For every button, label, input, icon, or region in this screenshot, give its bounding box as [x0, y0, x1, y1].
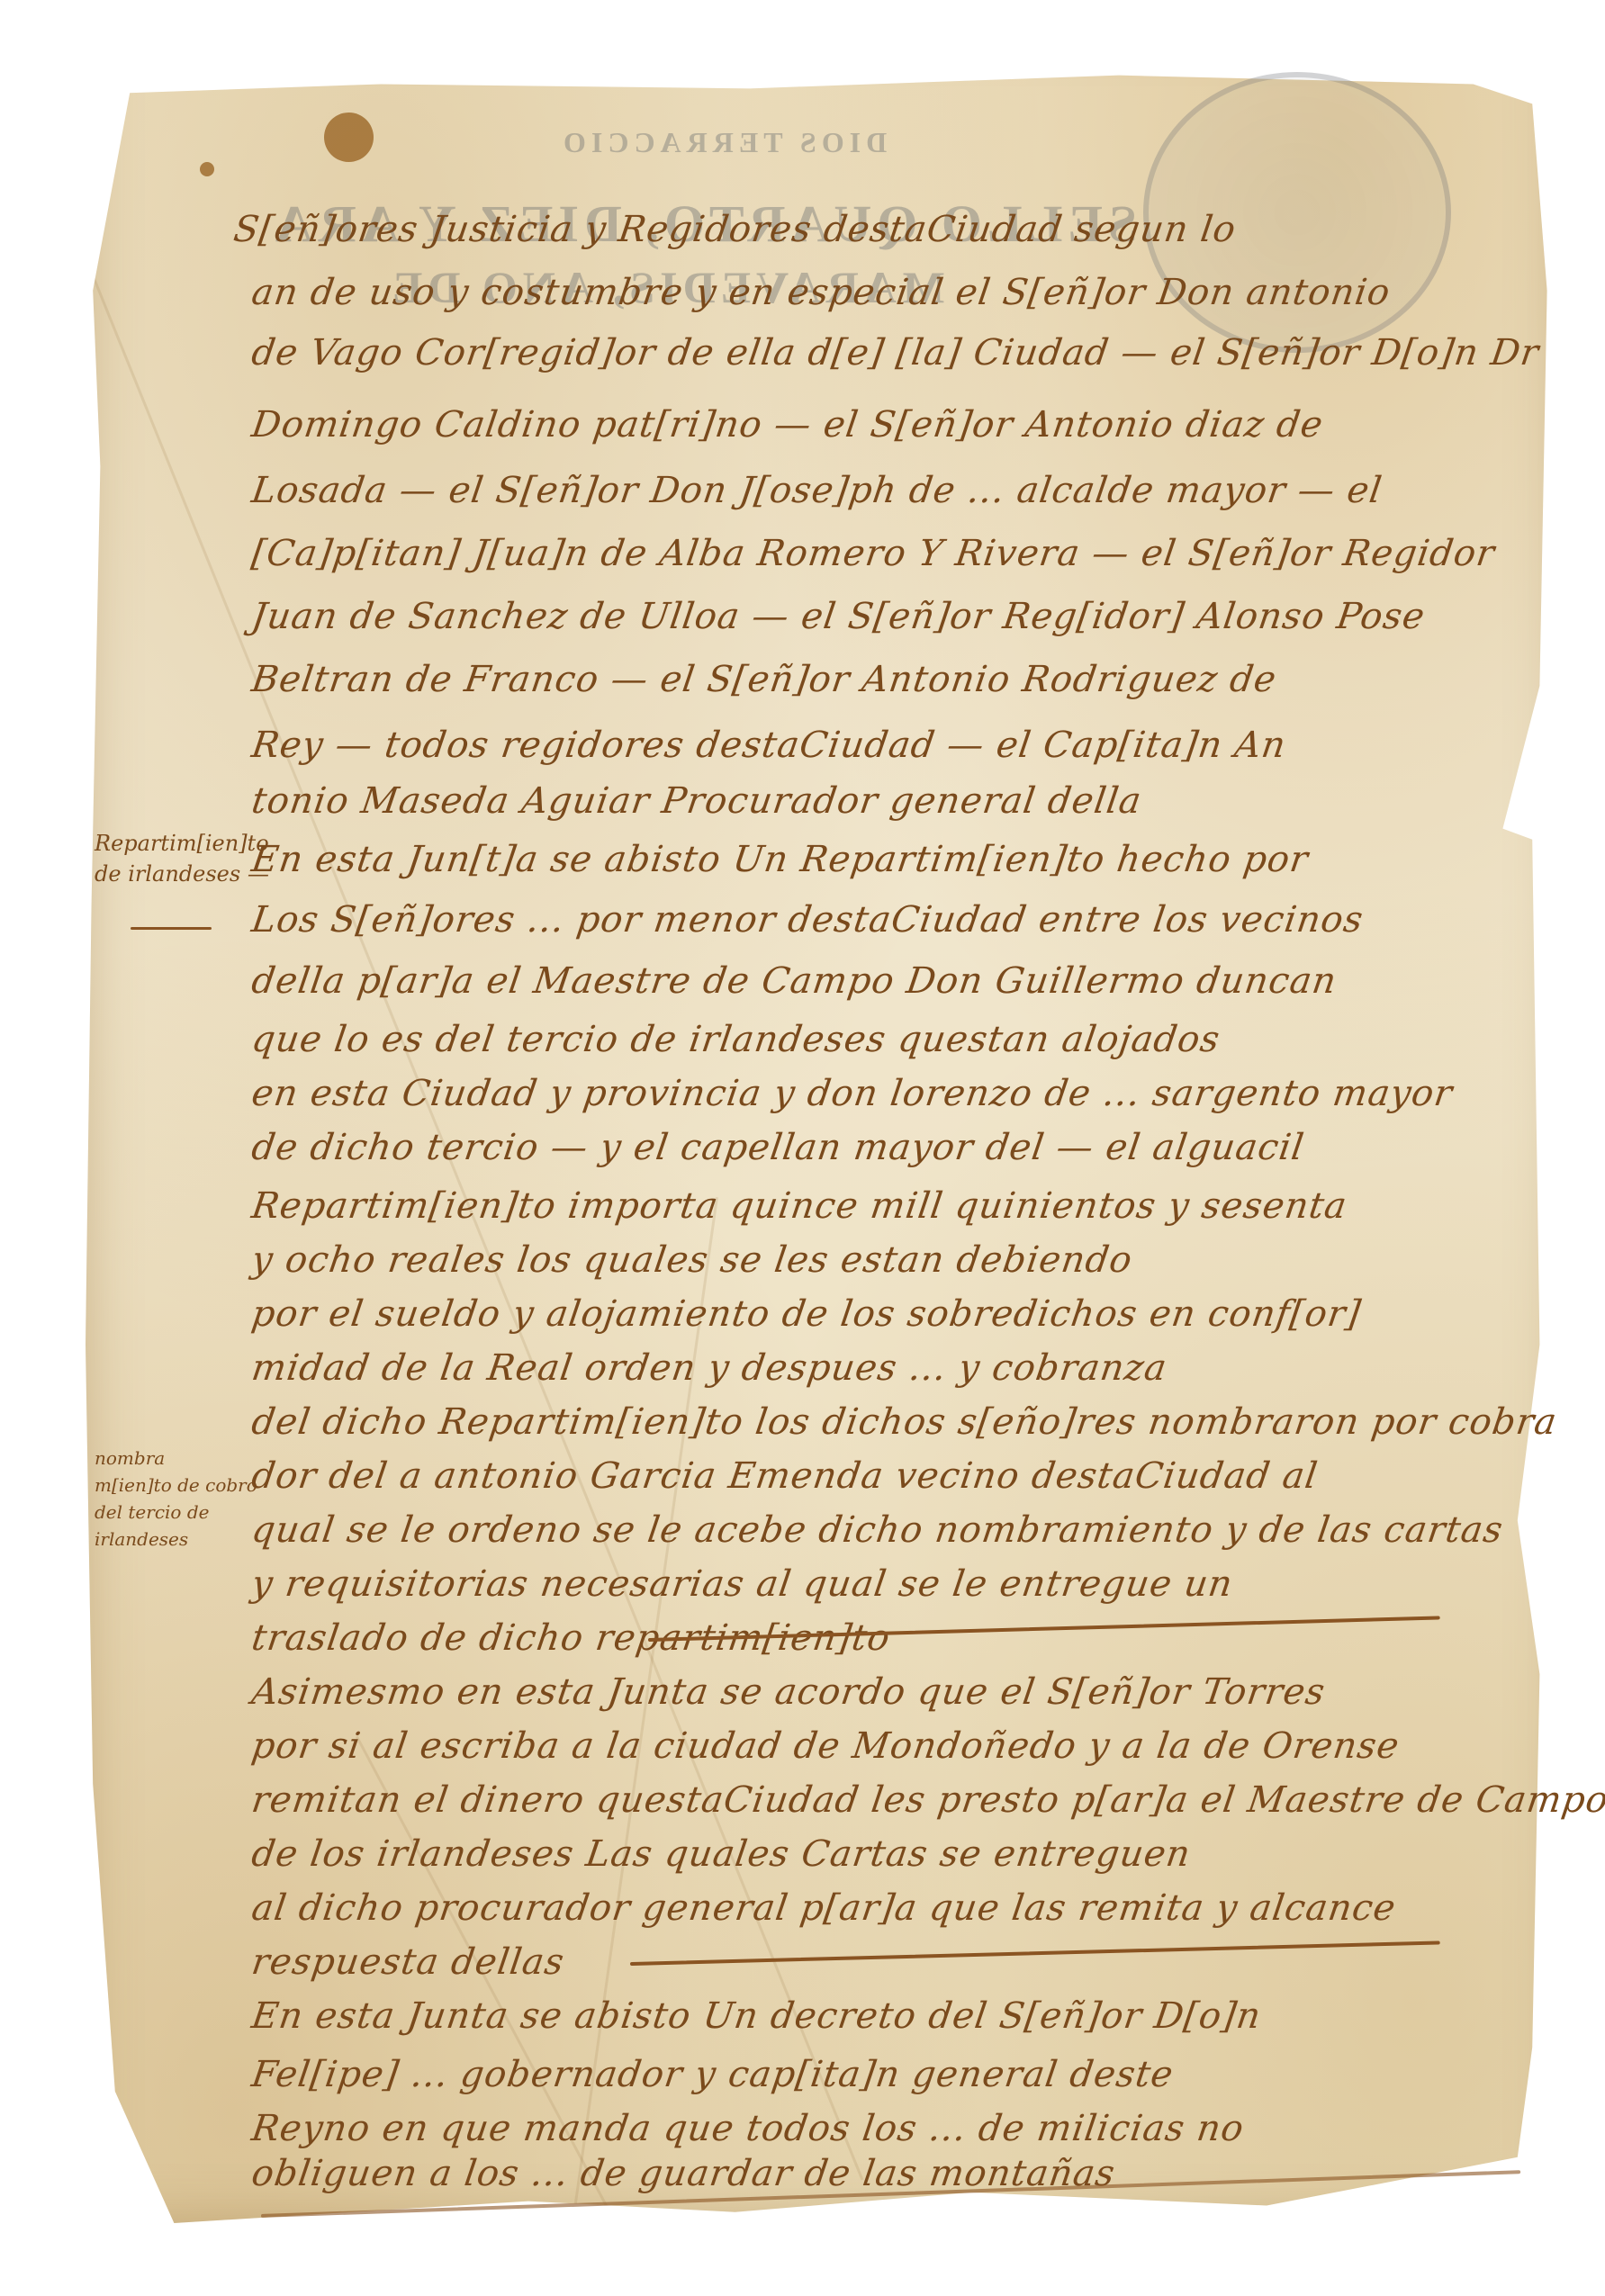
manuscript-line: en esta Ciudad y provincia y don lorenzo…: [249, 1076, 1455, 1112]
manuscript-line: En esta Jun[t]a se abisto Un Repartim[ie…: [249, 842, 1311, 878]
manuscript-line: Asimesmo en esta Junta se acordo que el …: [249, 1674, 1328, 1710]
manuscript-line: Domingo Caldino pat[ri]no — el S[eñ]or A…: [249, 407, 1325, 443]
manuscript-line: y ocho reales los quales se les estan de…: [249, 1242, 1134, 1278]
manuscript-line: por si al escriba a la ciudad de Mondoñe…: [249, 1728, 1402, 1764]
manuscript-line: que lo es del tercio de irlandeses quest…: [249, 1022, 1222, 1058]
manuscript-line: Beltran de Franco — el S[eñ]or Antonio R…: [249, 662, 1279, 698]
manuscript-line: y requisitorias necesarias al qual se le…: [249, 1566, 1235, 1602]
manuscript-line: Losada — el S[eñ]or Don J[ose]ph de ... …: [249, 473, 1384, 509]
manuscript-line: Fel[ipe] ... gobernador y cap[ita]n gene…: [249, 2057, 1176, 2093]
stamp-header-line-1: DIOS TERRACCIO: [558, 126, 887, 159]
ink-stain: [324, 113, 374, 162]
manuscript-line: qual se le ordeno se le acebe dicho nomb…: [249, 1512, 1505, 1548]
manuscript-line: obliguen a los ... de guardar de las mon…: [249, 2156, 1117, 2192]
manuscript-line: Los S[eñ]ores ... por menor destaCiudad …: [249, 902, 1366, 938]
margin-note-underline: [131, 927, 212, 930]
manuscript-line: tonio Maseda Aguiar Procurador general d…: [249, 783, 1144, 819]
ink-stain: [200, 162, 214, 176]
manuscript-line: del dicho Repartim[ien]to los dichos s[e…: [249, 1404, 1559, 1440]
manuscript-line: an de uso y costumbre y en especial el S…: [249, 275, 1393, 311]
margin-note-repartimiento: Repartim[ien]to de irlandeses —: [95, 828, 269, 889]
manuscript-line: Juan de Sanchez de Ulloa — el S[eñ]or Re…: [249, 599, 1428, 635]
manuscript-line: remitan el dinero questaCiudad les prest…: [249, 1782, 1605, 1818]
manuscript-line: de dicho tercio — y el capellan mayor de…: [249, 1130, 1306, 1166]
manuscript-line: al dicho procurador general p[ar]a que l…: [249, 1890, 1398, 1926]
manuscript-line: midad de la Real orden y despues ... y c…: [249, 1350, 1169, 1386]
manuscript-line: dor del a antonio Garcia Emenda vecino d…: [249, 1458, 1320, 1494]
manuscript-line: Rey — todos regidores destaCiudad — el C…: [249, 727, 1288, 763]
manuscript-line: por el sueldo y alojamiento de los sobre…: [249, 1296, 1363, 1332]
manuscript-line: Reyno en que manda que todos los ... de …: [249, 2111, 1246, 2147]
manuscript-line: S[eñ]ores Justicia y Regidores destaCiud…: [231, 212, 1239, 248]
margin-note-nombramiento: nombra m[ien]to de cobro del tercio de i…: [95, 1445, 257, 1553]
manuscript-line: [Ca]p[itan] J[ua]n de Alba Romero Y Rive…: [249, 536, 1497, 572]
manuscript-line: della p[ar]a el Maestre de Campo Don Gui…: [249, 963, 1339, 999]
manuscript-line: de los irlandeses Las quales Cartas se e…: [249, 1836, 1193, 1872]
manuscript-line: Repartim[ien]to importa quince mill quin…: [249, 1188, 1349, 1224]
manuscript-line: respuesta dellas: [249, 1944, 566, 1980]
manuscript-line: En esta Junta se abisto Un decreto del S…: [249, 1998, 1263, 2034]
manuscript-line: traslado de dicho repartim[ien]to: [249, 1620, 892, 1656]
manuscript-line: de Vago Cor[regid]or de ella d[e] [la] C…: [249, 335, 1541, 371]
